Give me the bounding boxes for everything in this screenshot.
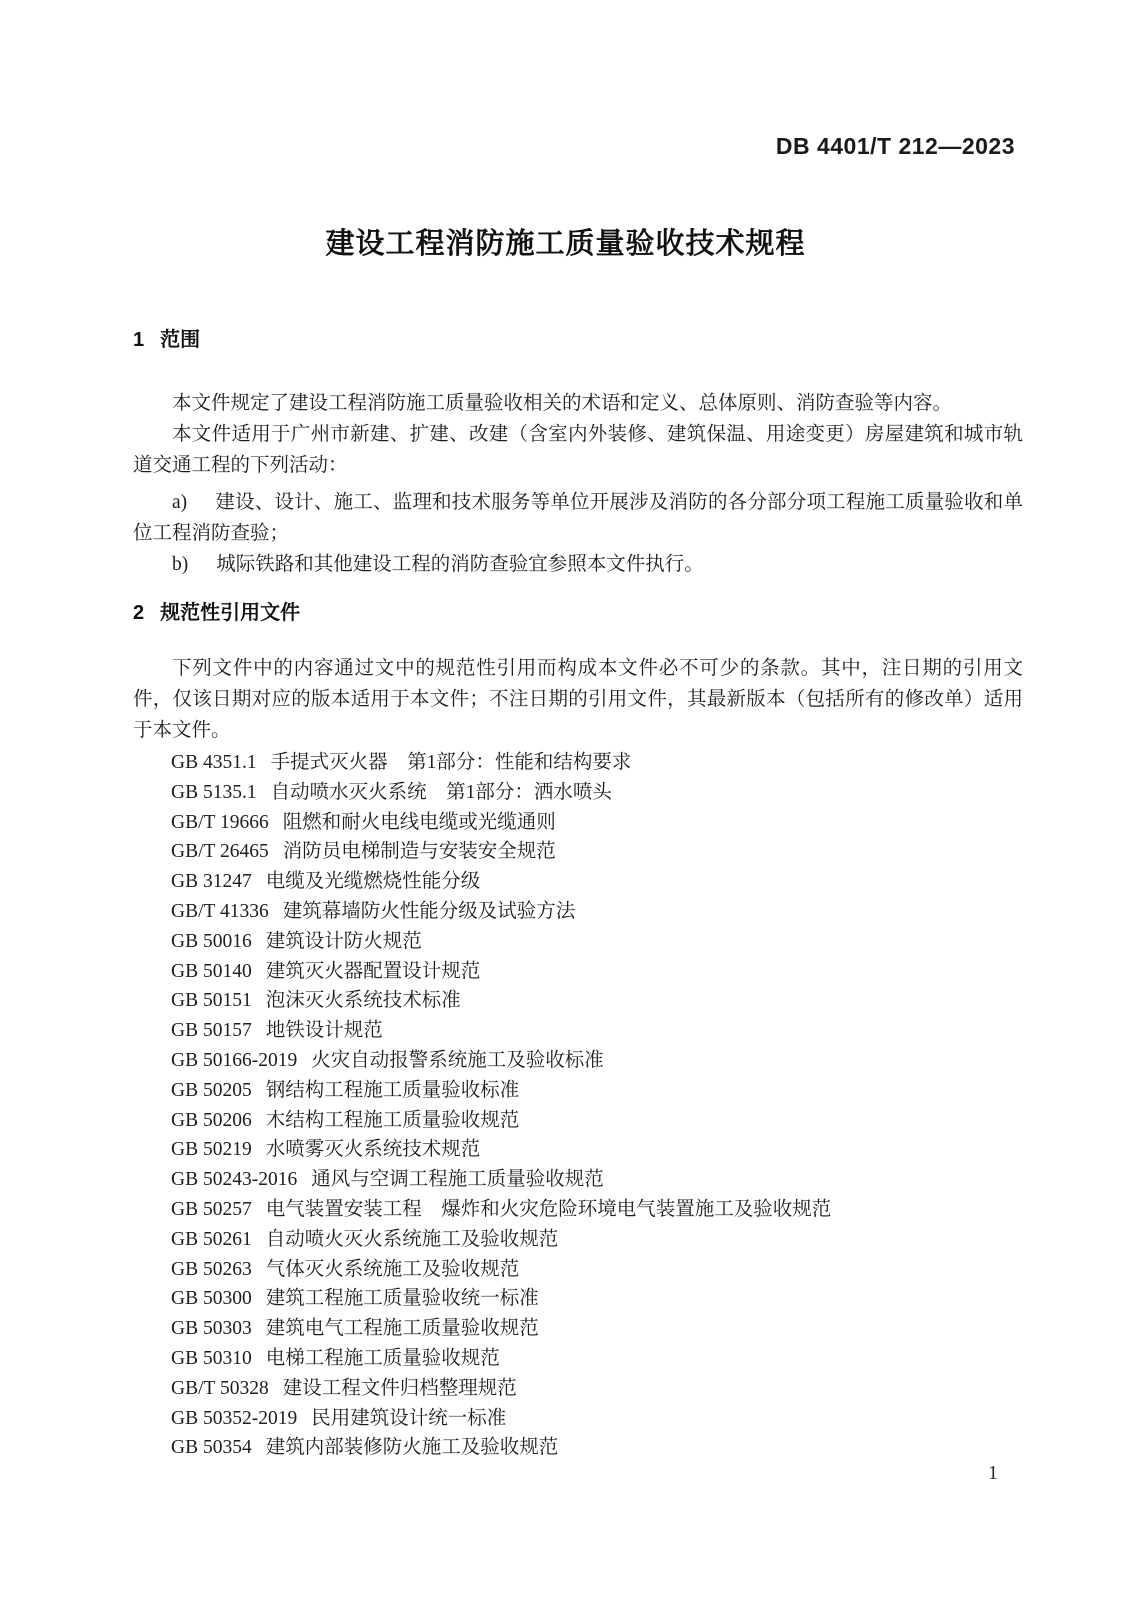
reference-item: GB 4351.1手提式灭火器 第1部分：性能和结构要求 — [171, 748, 1023, 778]
reference-code: GB 50354 — [171, 1437, 252, 1458]
clause-text: 建设、设计、施工、监理和技术服务等单位开展涉及消防的各分部分项工程施工质量验收和… — [133, 492, 1023, 544]
clause-text: 城际铁路和其他建设工程的消防查验宜参照本文件执行。 — [216, 554, 704, 575]
reference-code: GB 50300 — [171, 1288, 252, 1309]
reference-title: 建筑设计防火规范 — [266, 931, 422, 952]
clause-item: b)城际铁路和其他建设工程的消防查验宜参照本文件执行。 — [133, 549, 1023, 580]
reference-item: GB 50166-2019火灾自动报警系统施工及验收标准 — [171, 1046, 1023, 1076]
reference-item: GB/T 50328建设工程文件归档整理规范 — [171, 1374, 1023, 1404]
reference-item: GB 50261自动喷火灭火系统施工及验收规范 — [171, 1225, 1023, 1255]
reference-title: 钢结构工程施工质量验收标准 — [266, 1080, 520, 1101]
reference-title: 自动喷水灭火系统 第1部分：洒水喷头 — [271, 782, 612, 803]
clause-marker: b) — [172, 554, 188, 575]
reference-item: GB 50205钢结构工程施工质量验收标准 — [171, 1076, 1023, 1106]
reference-code: GB/T 26465 — [171, 841, 269, 862]
reference-code: GB 50205 — [171, 1080, 252, 1101]
reference-title: 电缆及光缆燃烧性能分级 — [266, 871, 481, 892]
reference-item: GB 50219水喷雾灭火系统技术规范 — [171, 1135, 1023, 1165]
section-2-title: 规范性引用文件 — [160, 602, 300, 624]
reference-item: GB 50257电气装置安装工程 爆炸和火灾危险环境电气装置施工及验收规范 — [171, 1195, 1023, 1225]
section-2-intro: 下列文件中的内容通过文中的规范性引用而构成本文件必不可少的条款。其中，注日期的引… — [133, 653, 1023, 746]
reference-item: GB 50243-2016通风与空调工程施工质量验收规范 — [171, 1165, 1023, 1195]
reference-title: 泡沫灭火系统技术标准 — [266, 990, 461, 1011]
reference-title: 手提式灭火器 第1部分：性能和结构要求 — [271, 752, 632, 773]
reference-item: GB 50310电梯工程施工质量验收规范 — [171, 1344, 1023, 1374]
reference-item: GB 50263气体灭火系统施工及验收规范 — [171, 1255, 1023, 1285]
reference-item: GB 31247电缆及光缆燃烧性能分级 — [171, 867, 1023, 897]
reference-item: GB/T 41336建筑幕墙防火性能分级及试验方法 — [171, 897, 1023, 927]
reference-code: GB 50310 — [171, 1348, 252, 1369]
section-1-paragraphs: 本文件规定了建设工程消防施工质量验收相关的术语和定义、总体原则、消防查验等内容。… — [133, 388, 1023, 481]
section-2-heading: 2规范性引用文件 — [133, 598, 1023, 628]
reference-title: 水喷雾灭火系统技术规范 — [266, 1139, 481, 1160]
section-1-title: 范围 — [160, 329, 200, 351]
reference-code: GB 50219 — [171, 1139, 252, 1160]
reference-code: GB 50166-2019 — [171, 1050, 297, 1071]
section-2-number: 2 — [133, 602, 144, 624]
reference-item: GB 50206木结构工程施工质量验收规范 — [171, 1106, 1023, 1136]
document-page: DB 4401/T 212—2023 建设工程消防施工质量验收技术规程 1范围 … — [0, 0, 1131, 1600]
reference-item: GB/T 19666阻燃和耐火电线电缆或光缆通则 — [171, 808, 1023, 838]
reference-code: GB 50140 — [171, 961, 252, 982]
reference-item: GB 50157地铁设计规范 — [171, 1016, 1023, 1046]
section-1-heading: 1范围 — [133, 325, 1023, 355]
reference-title: 火灾自动报警系统施工及验收标准 — [311, 1050, 604, 1071]
reference-item: GB 5135.1自动喷水灭火系统 第1部分：洒水喷头 — [171, 778, 1023, 808]
reference-title: 木结构工程施工质量验收规范 — [266, 1110, 520, 1131]
reference-code: GB/T 19666 — [171, 812, 269, 833]
document-body: 1范围 本文件规定了建设工程消防施工质量验收相关的术语和定义、总体原则、消防查验… — [133, 0, 1023, 1463]
reference-code: GB 50352-2019 — [171, 1408, 297, 1429]
reference-code: GB 50303 — [171, 1318, 252, 1339]
reference-item: GB/T 26465消防员电梯制造与安装安全规范 — [171, 837, 1023, 867]
page-number: 1 — [988, 1462, 998, 1485]
reference-code: GB 4351.1 — [171, 752, 257, 773]
reference-title: 气体灭火系统施工及验收规范 — [266, 1259, 520, 1280]
reference-item: GB 50140建筑灭火器配置设计规范 — [171, 957, 1023, 987]
reference-title: 建设工程文件归档整理规范 — [283, 1378, 517, 1399]
reference-code: GB 50243-2016 — [171, 1169, 297, 1190]
reference-code: GB 50261 — [171, 1229, 252, 1250]
reference-title: 民用建筑设计统一标准 — [311, 1408, 506, 1429]
reference-code: GB 50257 — [171, 1199, 252, 1220]
reference-title: 电气装置安装工程 爆炸和火灾危险环境电气装置施工及验收规范 — [266, 1199, 832, 1220]
reference-title: 建筑幕墙防火性能分级及试验方法 — [283, 901, 576, 922]
reference-title: 电梯工程施工质量验收规范 — [266, 1348, 500, 1369]
reference-title: 阻燃和耐火电线电缆或光缆通则 — [283, 812, 556, 833]
reference-title: 自动喷火灭火系统施工及验收规范 — [266, 1229, 559, 1250]
reference-item: GB 50151泡沫灭火系统技术标准 — [171, 986, 1023, 1016]
clause-marker: a) — [172, 492, 187, 513]
reference-code: GB 5135.1 — [171, 782, 257, 803]
reference-code: GB 50263 — [171, 1259, 252, 1280]
reference-item: GB 50303建筑电气工程施工质量验收规范 — [171, 1314, 1023, 1344]
reference-title: 建筑电气工程施工质量验收规范 — [266, 1318, 539, 1339]
reference-code: GB 50151 — [171, 990, 252, 1011]
reference-item: GB 50352-2019民用建筑设计统一标准 — [171, 1404, 1023, 1434]
reference-item: GB 50300建筑工程施工质量验收统一标准 — [171, 1284, 1023, 1314]
reference-title: 建筑内部装修防火施工及验收规范 — [266, 1437, 559, 1458]
paragraph: 本文件适用于广州市新建、扩建、改建（含室内外装修、建筑保温、用途变更）房屋建筑和… — [133, 419, 1023, 481]
reference-code: GB/T 41336 — [171, 901, 269, 922]
paragraph: 本文件规定了建设工程消防施工质量验收相关的术语和定义、总体原则、消防查验等内容。 — [133, 388, 1023, 419]
reference-code: GB 31247 — [171, 871, 252, 892]
reference-title: 建筑灭火器配置设计规范 — [266, 961, 481, 982]
reference-title: 地铁设计规范 — [266, 1020, 383, 1041]
reference-code: GB 50206 — [171, 1110, 252, 1131]
clause-item: a)建设、设计、施工、监理和技术服务等单位开展涉及消防的各分部分项工程施工质量验… — [133, 487, 1023, 549]
reference-title: 通风与空调工程施工质量验收规范 — [311, 1169, 604, 1190]
reference-item: GB 50016建筑设计防火规范 — [171, 927, 1023, 957]
section-1-clauses: a)建设、设计、施工、监理和技术服务等单位开展涉及消防的各分部分项工程施工质量验… — [133, 487, 1023, 580]
reference-item: GB 50354建筑内部装修防火施工及验收规范 — [171, 1433, 1023, 1463]
section-1-number: 1 — [133, 329, 144, 351]
reference-code: GB/T 50328 — [171, 1378, 269, 1399]
reference-list: GB 4351.1手提式灭火器 第1部分：性能和结构要求 GB 5135.1自动… — [133, 748, 1023, 1463]
reference-title: 消防员电梯制造与安装安全规范 — [283, 841, 556, 862]
reference-code: GB 50016 — [171, 931, 252, 952]
reference-title: 建筑工程施工质量验收统一标准 — [266, 1288, 539, 1309]
reference-code: GB 50157 — [171, 1020, 252, 1041]
